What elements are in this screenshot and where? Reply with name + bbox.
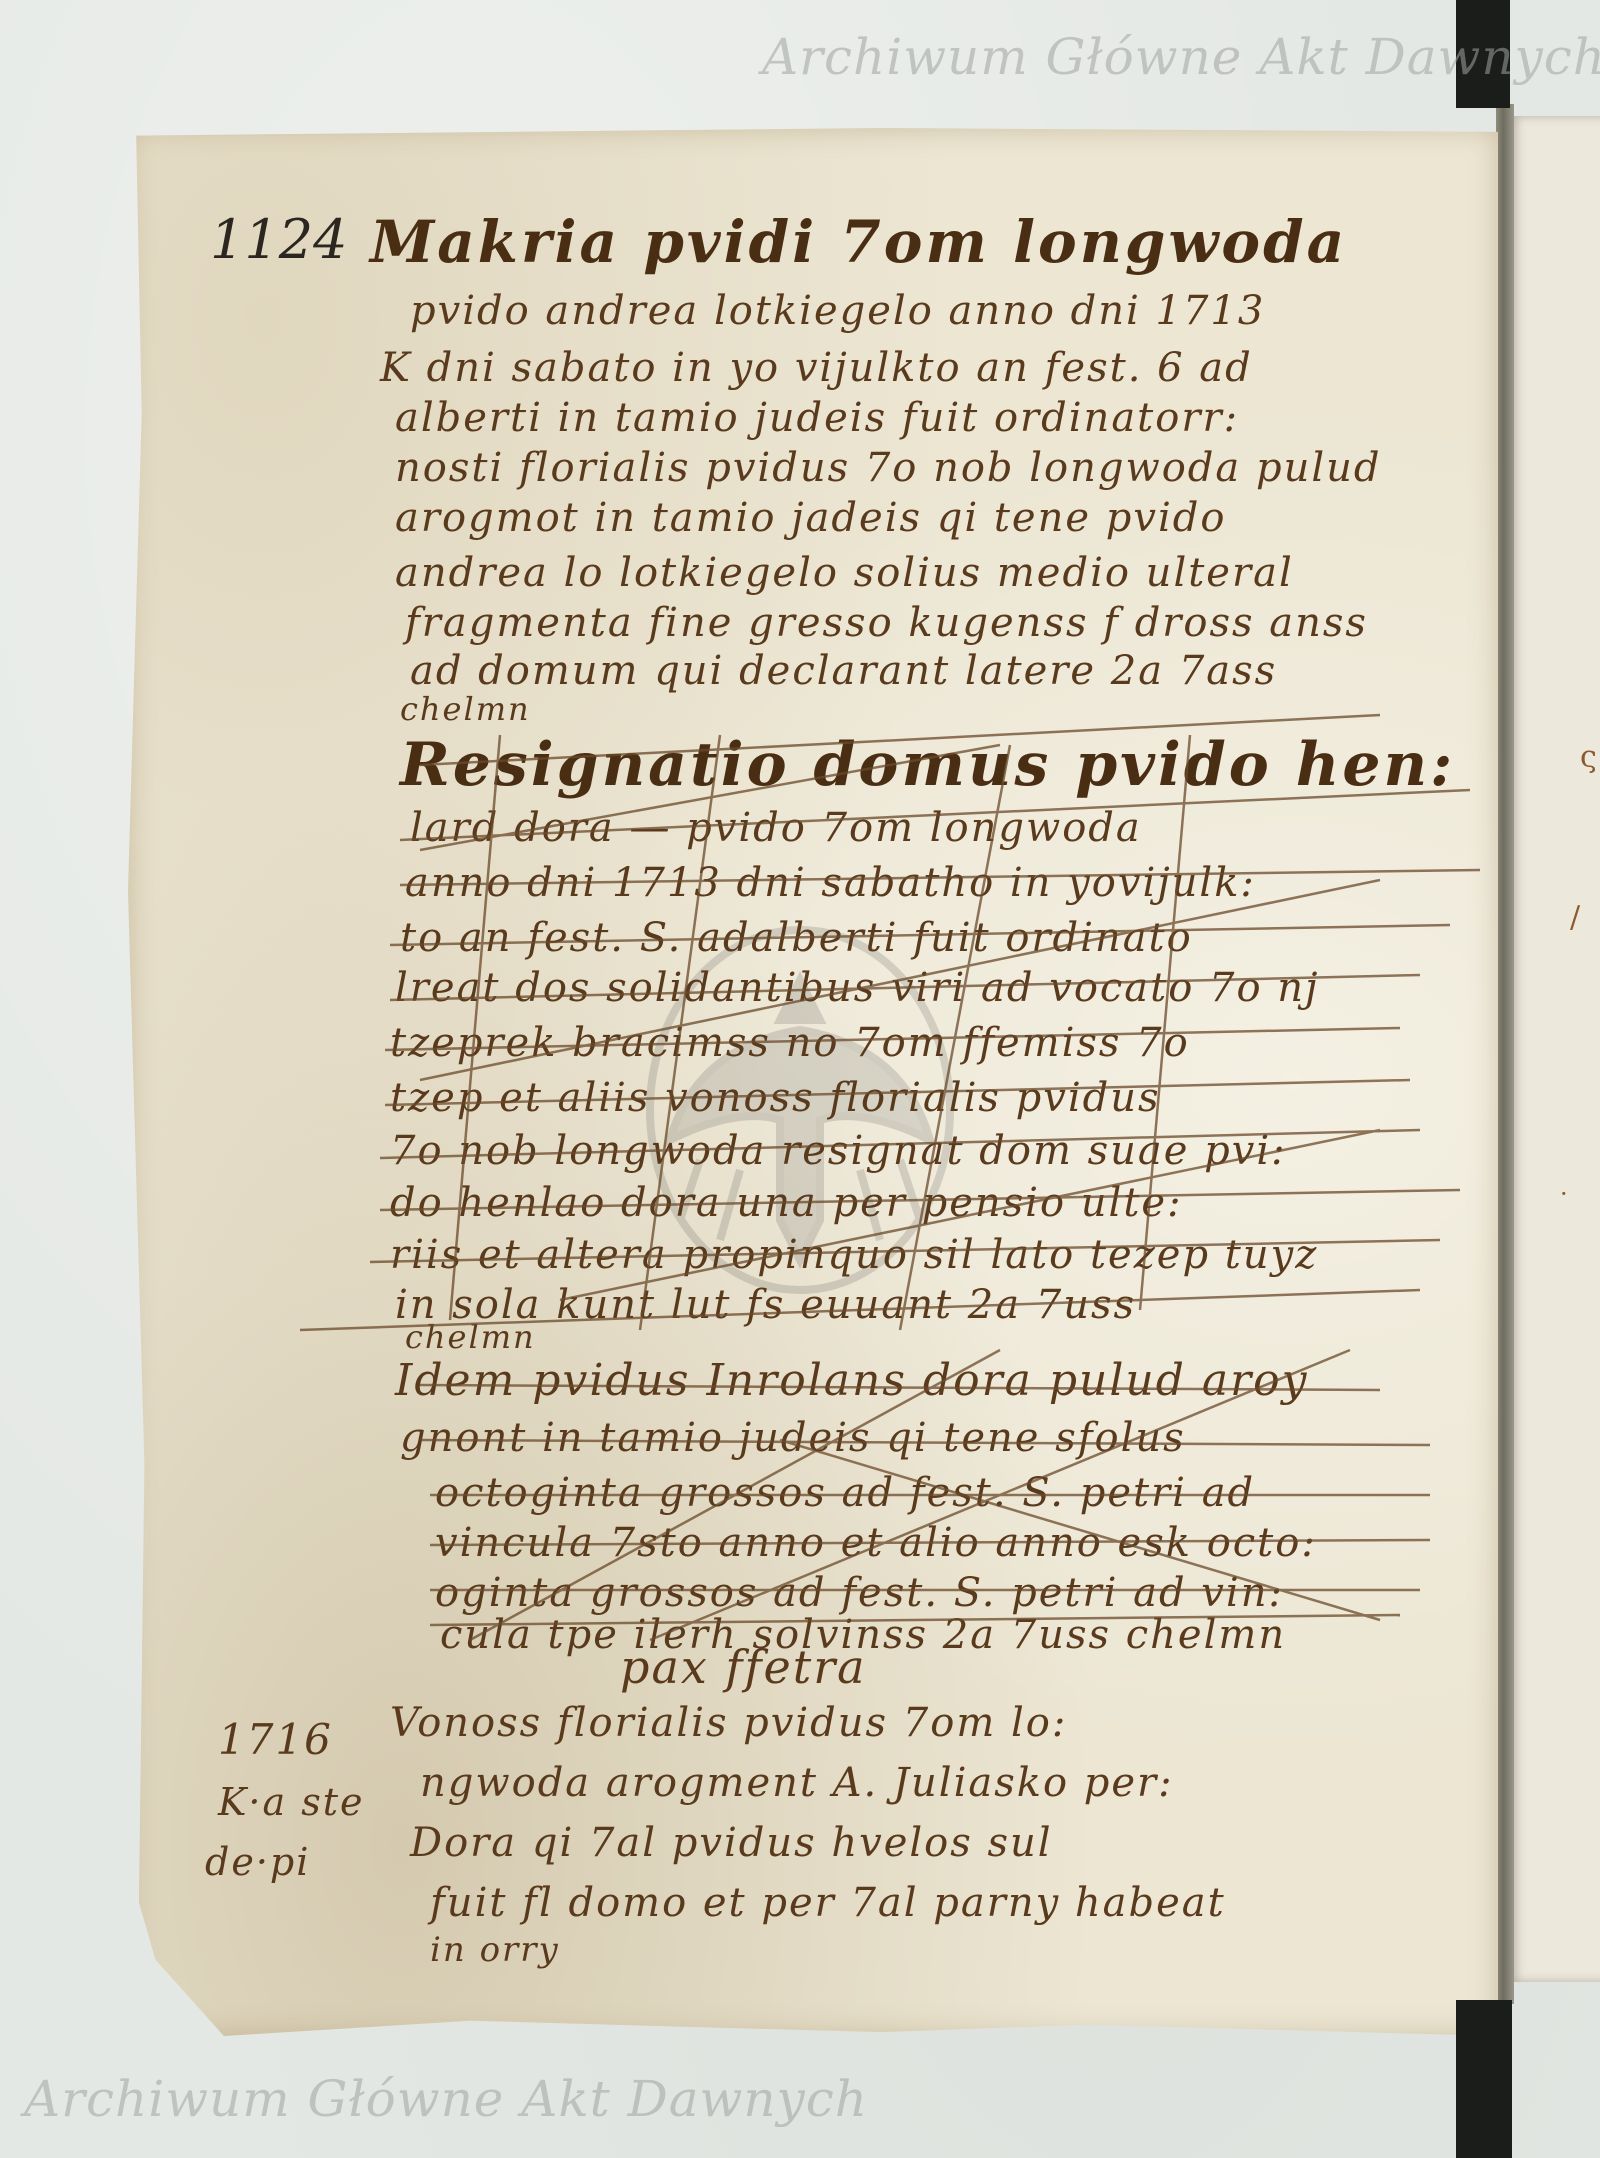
book-gutter bbox=[1496, 104, 1514, 2004]
entry1-line-2: K dni sabato in yo vijulkto an fest. 6 a… bbox=[380, 345, 1253, 391]
entry3-line-4: oginta grossos ad fest. S. petri ad vin: bbox=[435, 1570, 1284, 1616]
entry3-line-0: Idem pvidus Inrolans dora pulud aroy bbox=[395, 1355, 1309, 1406]
entry2-line-5: tzep et aliis vonoss florialis pvidus bbox=[390, 1075, 1161, 1121]
note-margin-left-0: K·a ste bbox=[218, 1780, 364, 1824]
entry2-heading: Resignatio domus pvido hen: bbox=[400, 730, 1455, 800]
entry1-line-8: ad domum qui declarant latere 2a 7ass bbox=[410, 648, 1277, 694]
entry1-line-4: nosti florialis pvidus 7o nob longwoda p… bbox=[395, 445, 1382, 491]
entry2-line-6: 7o nob longwoda resignat dom suae pvi: bbox=[390, 1128, 1287, 1174]
entry1-line-5: arogmot in tamio jadeis qi tene pvido bbox=[395, 495, 1226, 541]
entry1-line-0: Makria pvidi 7om longwoda bbox=[370, 208, 1347, 276]
facing-page-ink-mark: · bbox=[1560, 1180, 1568, 1208]
entry1-line-1: pvido andrea lotkiegelo anno dni 1713 bbox=[410, 288, 1265, 334]
entry1-line-3: alberti in tamio judeis fuit ordinatorr: bbox=[395, 395, 1239, 441]
entry2-line-3: lreat dos solidantibus viri ad vocato 7o… bbox=[395, 965, 1319, 1011]
entry3-line-3: vincula 7sto anno et alio anno esk octo: bbox=[435, 1520, 1317, 1566]
facing-page-ink-mark: / bbox=[1570, 900, 1580, 935]
note-line-2: Dora qi 7al pvidus hvelos sul bbox=[410, 1820, 1053, 1866]
note-line-0: Vonoss florialis pvidus 7om lo: bbox=[390, 1700, 1067, 1746]
archive-watermark-top: Archiwum Główne Akt Dawnych bbox=[762, 28, 1600, 86]
note-line-4: in orry bbox=[430, 1930, 560, 1970]
note-margin-date: 1716 bbox=[218, 1715, 333, 1764]
binding-strip-bottom bbox=[1456, 2000, 1512, 2158]
entry3-line-1: gnont in tamio judeis qi tene sfolus bbox=[400, 1415, 1186, 1461]
entry2-line-2: to an fest. S. adalberti fuit ordinato bbox=[400, 915, 1193, 961]
entry2-line-7: do henlao dora una per pensio ulte: bbox=[390, 1180, 1183, 1226]
entry3-line-2: octoginta grossos ad fest. S. petri ad bbox=[435, 1470, 1255, 1516]
entry2-line-8: riis et altera propinquo sil lato tezep … bbox=[390, 1232, 1318, 1278]
entry1-line-9: chelmn bbox=[400, 690, 531, 728]
entry2-line-0: lard dora — pvido 7om longwoda bbox=[410, 805, 1142, 851]
note-line-1: ngwoda arogment A. Juliasko per: bbox=[420, 1760, 1174, 1806]
entry2-line-1: anno dni 1713 dni sabatho in yovijulk: bbox=[405, 860, 1256, 906]
folio-number: 1124 bbox=[210, 208, 347, 271]
entry1-line-6: andrea lo lotkiegelo solius medio ultera… bbox=[395, 550, 1294, 596]
note-heading: pax ffetra bbox=[620, 1640, 867, 1694]
archive-watermark-bottom: Archiwum Główne Akt Dawnych bbox=[24, 2070, 868, 2128]
note-line-3: fuit fl domo et per 7al parny habeat bbox=[430, 1880, 1226, 1926]
entry1-line-7: fragmenta fine gresso kugenss f dross an… bbox=[405, 600, 1368, 646]
note-margin-left-1: de·pi bbox=[205, 1840, 310, 1884]
facing-page-ink-mark: ς bbox=[1580, 740, 1597, 775]
entry2-line-10: chelmn bbox=[405, 1318, 536, 1356]
facing-page-edge bbox=[1510, 116, 1600, 1982]
entry2-line-4: tzeprek bracimss no 7om ffemiss 7o bbox=[390, 1020, 1190, 1066]
